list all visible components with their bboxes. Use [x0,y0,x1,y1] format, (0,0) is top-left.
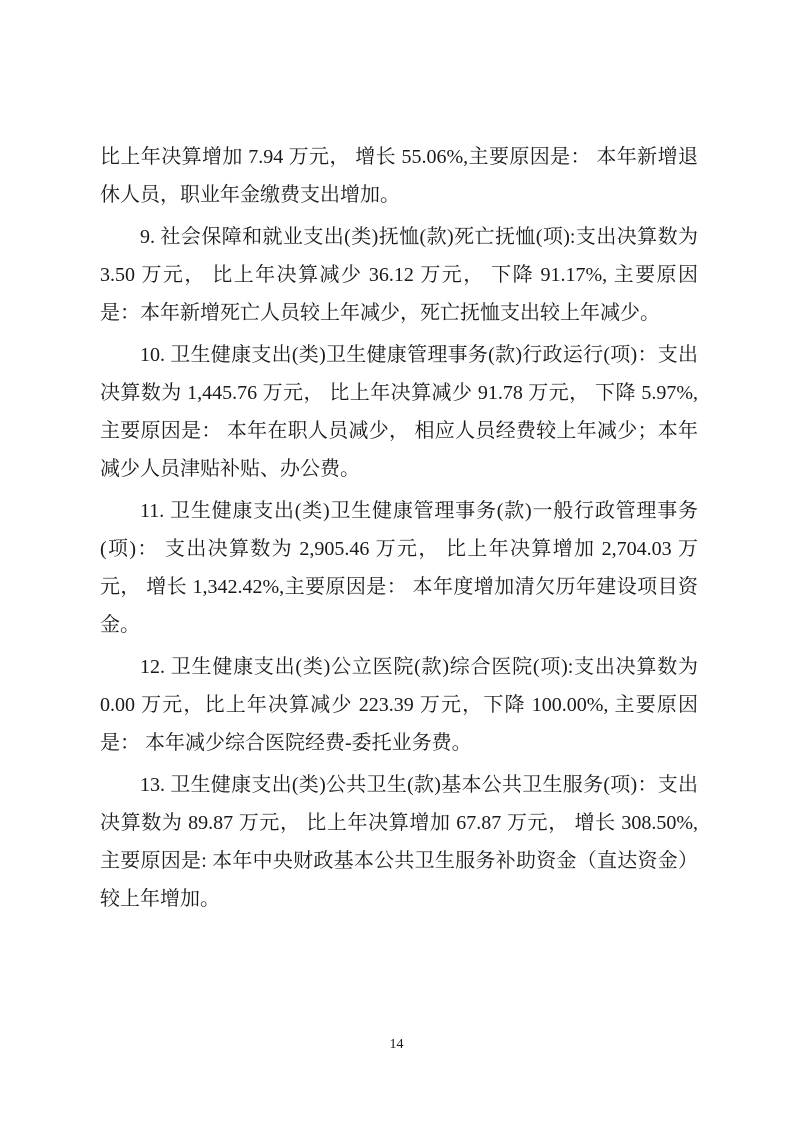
document-page: 比上年决算增加 7.94 万元， 增长 55.06%,主要原因是： 本年新增退休… [0,0,793,1122]
document-body: 比上年决算增加 7.94 万元， 增长 55.06%,主要原因是： 本年新增退休… [100,138,698,922]
paragraph-item-11: 11. 卫生健康支出(类)卫生健康管理事务(款)一般行政管理事务(项)： 支出决… [100,492,698,644]
paragraph-item-9: 9. 社会保障和就业支出(类)抚恤(款)死亡抚恤(项):支出决算数为 3.50 … [100,218,698,332]
paragraph-item-12: 12. 卫生健康支出(类)公立医院(款)综合医院(项):支出决算数为 0.00 … [100,648,698,762]
paragraph-continuation: 比上年决算增加 7.94 万元， 增长 55.06%,主要原因是： 本年新增退休… [100,138,698,214]
page-number: 14 [0,1036,793,1054]
paragraph-item-13: 13. 卫生健康支出(类)公共卫生(款)基本公共卫生服务(项)：支出决算数为 8… [100,766,698,918]
paragraph-item-10: 10. 卫生健康支出(类)卫生健康管理事务(款)行政运行(项)：支出决算数为 1… [100,336,698,488]
